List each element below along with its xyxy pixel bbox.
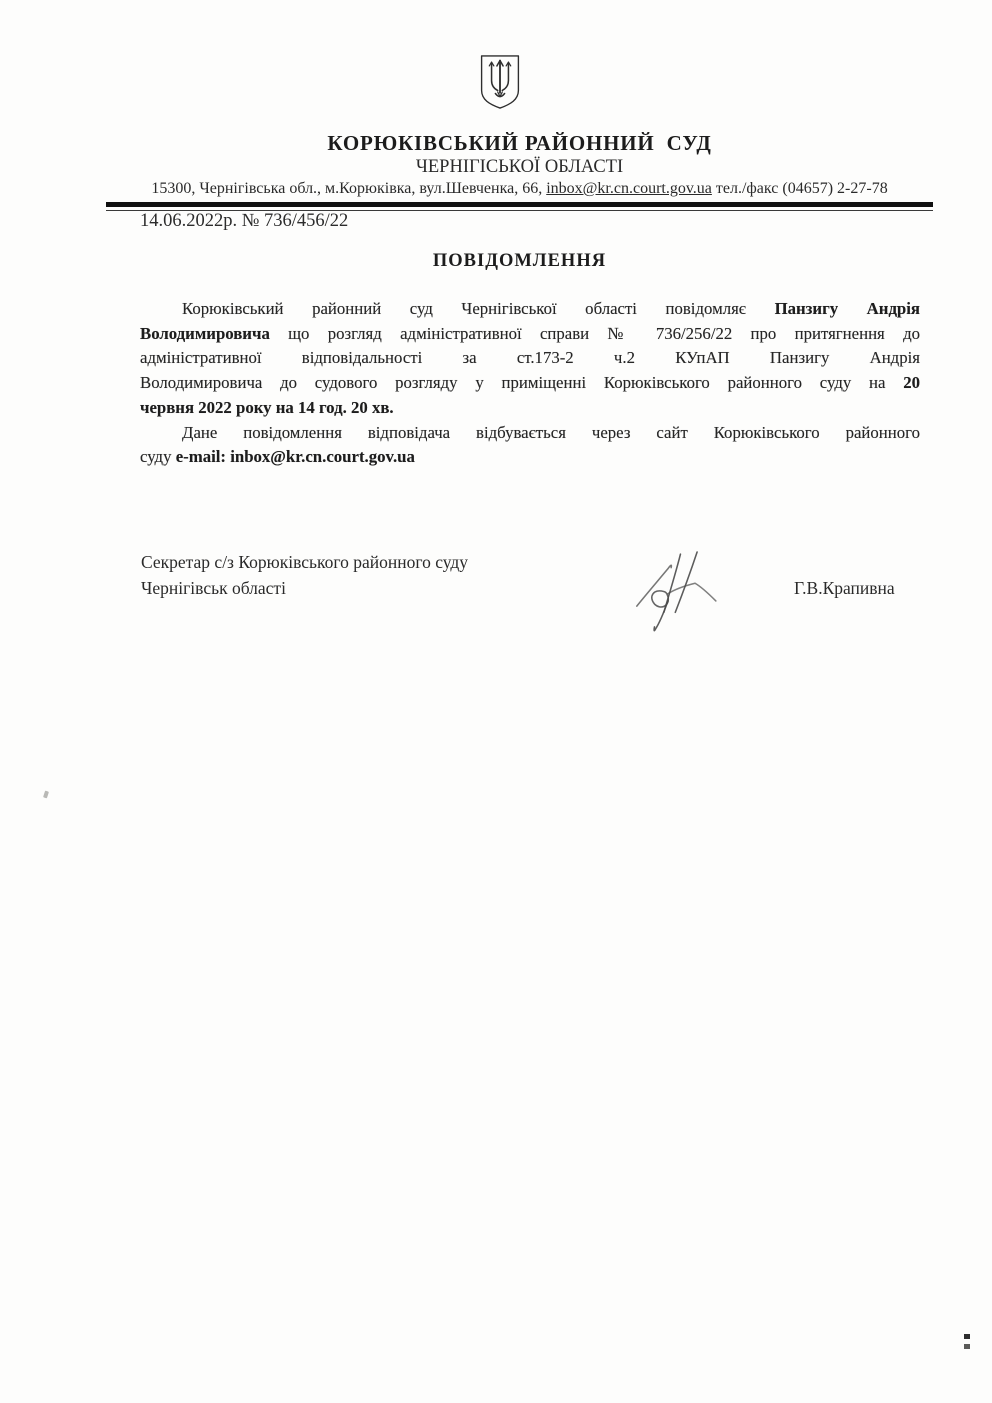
recipient-name-bold: Панзигу Андрія xyxy=(775,299,920,318)
ukraine-trident-emblem-icon xyxy=(477,52,523,112)
body-line: Корюківський районний суд Чернігівської … xyxy=(140,297,920,322)
body-line: суду e-mail: inbox@kr.cn.court.gov.ua xyxy=(140,445,920,470)
body-line: червня 2022 року на 14 год. 20 хв. xyxy=(140,396,920,421)
letterhead-rule-thick xyxy=(106,202,933,207)
court-name-heading: КОРЮКІВСЬКИЙ РАЙОННИЙ СУД xyxy=(106,131,933,156)
document-title: ПОВІДОМЛЕННЯ xyxy=(106,251,933,272)
body-text: Дане повідомлення відповідача відбуваєть… xyxy=(182,423,920,442)
court-email-bold: e-mail: inbox@kr.cn.court.gov.ua xyxy=(176,447,415,466)
court-region-heading: ЧЕРНІГІСЬКОЇ ОБЛАСТІ xyxy=(106,157,933,178)
date-and-reference-number: 14.06.2022р. № 736/456/22 xyxy=(140,211,348,232)
address-text: 15300, Чернігівська обл., м.Корюківка, в… xyxy=(151,180,546,197)
signatory-name: Г.В.Крапивна xyxy=(794,578,895,599)
recipient-name-bold: Володимировича xyxy=(140,324,270,343)
court-address-line: 15300, Чернігівська обл., м.Корюківка, в… xyxy=(106,180,933,198)
body-text: Корюківський районний суд Чернігівської … xyxy=(182,299,775,318)
body-text: що розгляд адміністративної справи № 736… xyxy=(270,324,920,343)
signatory-role-line2: Чернігівськ області xyxy=(141,578,286,599)
signatory-role-line1: Секретар с/з Корюківського районного суд… xyxy=(141,552,468,573)
hearing-date-bold: 20 xyxy=(903,373,920,392)
body-line: адміністративної відповідальності за ст.… xyxy=(140,346,920,371)
body-text: суду xyxy=(140,447,176,466)
letter-body: Корюківський районний суд Чернігівської … xyxy=(140,297,920,470)
court-email-link[interactable]: inbox@kr.cn.court.gov.ua xyxy=(546,180,712,197)
scanned-court-letter: КОРЮКІВСЬКИЙ РАЙОННИЙ СУД ЧЕРНІГІСЬКОЇ О… xyxy=(0,0,992,1403)
scan-speck xyxy=(964,1334,970,1339)
scan-speck xyxy=(43,791,49,799)
scan-speck xyxy=(964,1344,970,1349)
handwritten-signature xyxy=(616,545,720,635)
address-phone-text: тел./факс (04657) 2-27-78 xyxy=(712,180,888,197)
body-line: Дане повідомлення відповідача відбуваєть… xyxy=(140,421,920,446)
body-line: Володимировича до судового розгляду у пр… xyxy=(140,371,920,396)
body-text: Володимировича до судового розгляду у пр… xyxy=(140,373,903,392)
body-line: Володимировича що розгляд адміністративн… xyxy=(140,322,920,347)
body-text: адміністративної відповідальності за ст.… xyxy=(140,348,920,367)
hearing-date-bold: червня 2022 року на 14 год. 20 хв. xyxy=(140,398,394,417)
